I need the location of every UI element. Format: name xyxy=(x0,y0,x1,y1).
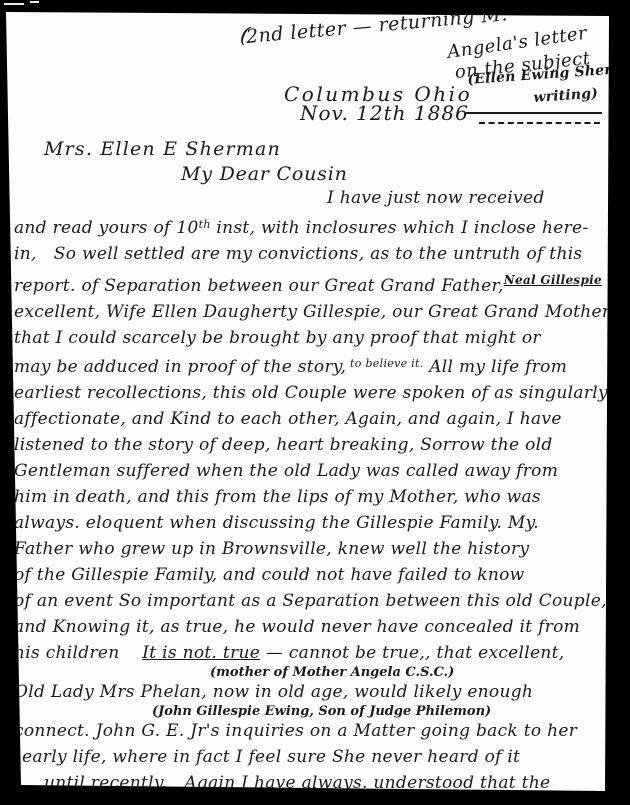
letter-line: of the Gillespie Family, and could not h… xyxy=(14,562,606,588)
letter-line: listened to the story of deep, heart bre… xyxy=(14,432,606,458)
line-segment: and Knowing it, as true, he would never … xyxy=(14,617,580,637)
letter-line: Old Lady Mrs Phelan, now in old age, wou… xyxy=(14,679,606,705)
line-segment: Neal Gillespie xyxy=(504,273,602,287)
line-segment: excellent, Wife Ellen Daugherty Gillespi… xyxy=(14,302,614,322)
opening-line: I have just now received xyxy=(327,188,545,208)
letter-line: may be adduced in proof of the story, to… xyxy=(14,351,606,380)
line-segment: early life, where in fact I feel sure Sh… xyxy=(22,747,520,767)
letter-line: earliest recollections, this old Couple … xyxy=(14,380,606,406)
letter-line: (mother of Mother Angela C.S.C.) xyxy=(14,666,606,679)
line-segment: th xyxy=(199,218,211,231)
line-segment: Gentleman suffered when the old Lady was… xyxy=(14,461,558,481)
line-segment: — cannot be true,, that excellent, xyxy=(260,643,564,663)
letter-line: him in death, and this from the lips of … xyxy=(14,484,606,510)
recipient-line: Mrs. Ellen E Sherman xyxy=(44,138,281,160)
line-segment: All my life from xyxy=(424,357,568,377)
line-segment: of an event So important as a Separation… xyxy=(14,591,607,611)
line-segment: of the Gillespie Family, and could not h… xyxy=(14,565,524,585)
letter-line: his children It is not. true — cannot be… xyxy=(14,640,606,666)
line-segment: and read yours of 10 xyxy=(14,218,199,238)
letter-line: Father who grew up in Brownsville, knew … xyxy=(14,536,606,562)
line-segment: to believe it. xyxy=(346,357,423,370)
line-segment: report. of Separation between our Great … xyxy=(14,276,504,296)
dateline-date: Nov. 12th 1886 xyxy=(300,101,469,125)
scan-background: ( 2nd letter — returning M. Angela's let… xyxy=(0,0,630,805)
line-segment: may be adduced in proof of the story, xyxy=(14,357,346,377)
letter-line: and Knowing it, as true, he would never … xyxy=(14,614,606,640)
letter-line: in, So well settled are my convictions, … xyxy=(14,241,606,267)
date-dash-mark xyxy=(466,112,602,114)
letter-line: that I could scarcely be brought by any … xyxy=(14,325,606,351)
line-segment: and his xyxy=(602,276,630,296)
date-dash-mark-2 xyxy=(479,122,600,124)
line-segment: affectionate, and Kind to each other, Ag… xyxy=(14,409,562,429)
letter-line: excellent, Wife Ellen Daugherty Gillespi… xyxy=(14,299,606,325)
letter-line: connect. John G. E. Jr's inquiries on a … xyxy=(14,718,606,744)
line-segment: (John Gillespie Ewing, Son of Judge Phil… xyxy=(152,704,491,719)
letter-line: affectionate, and Kind to each other, Ag… xyxy=(14,406,606,432)
line-segment: Father who grew up in Brownsville, knew … xyxy=(14,539,529,559)
letter-line: Gentleman suffered when the old Lady was… xyxy=(14,458,606,484)
line-segment: always. eloquent when discussing the Gil… xyxy=(14,513,539,533)
letter-line: and read yours of 10th inst, with inclos… xyxy=(14,212,606,241)
salutation-line: My Dear Cousin xyxy=(181,163,348,185)
line-segment: (mother of Mother Angela C.S.C.) xyxy=(210,665,454,680)
line-segment: that I could scarcely be brought by any … xyxy=(14,328,541,348)
line-segment: listened to the story of deep, heart bre… xyxy=(14,435,553,455)
letter-page: ( 2nd letter — returning M. Angela's let… xyxy=(0,0,630,805)
scan-edge-artifact xyxy=(30,1,39,3)
line-segment: inst, with inclosures which I inclose he… xyxy=(211,218,589,238)
letter-line: early life, where in fact I feel sure Sh… xyxy=(14,744,606,770)
line-segment: earliest recollections, this old Couple … xyxy=(14,383,608,403)
line-segment: him in death, and this from the lips of … xyxy=(14,487,541,507)
letter-line: (John Gillespie Ewing, Son of Judge Phil… xyxy=(14,705,606,718)
letter-line: of an event So important as a Separation… xyxy=(14,588,606,614)
annotation-writer-attribution-2: writing) xyxy=(533,86,599,106)
scan-edge-artifact xyxy=(4,3,24,5)
line-segment: until recently. Again I have always. und… xyxy=(44,773,550,793)
line-segment: Old Lady Mrs Phelan, now in old age, wou… xyxy=(14,682,533,702)
letter-line: until recently. Again I have always. und… xyxy=(14,770,606,796)
line-segment: It is not. true xyxy=(142,643,260,663)
line-segment: in, So well settled are my convictions, … xyxy=(14,244,582,264)
letter-line: report. of Separation between our Great … xyxy=(14,267,606,299)
line-segment: his children xyxy=(14,643,142,663)
line-segment: connect. John G. E. Jr's inquiries on a … xyxy=(14,721,577,741)
letter-line: always. eloquent when discussing the Gil… xyxy=(14,510,606,536)
letter-body: and read yours of 10th inst, with inclos… xyxy=(14,212,606,796)
